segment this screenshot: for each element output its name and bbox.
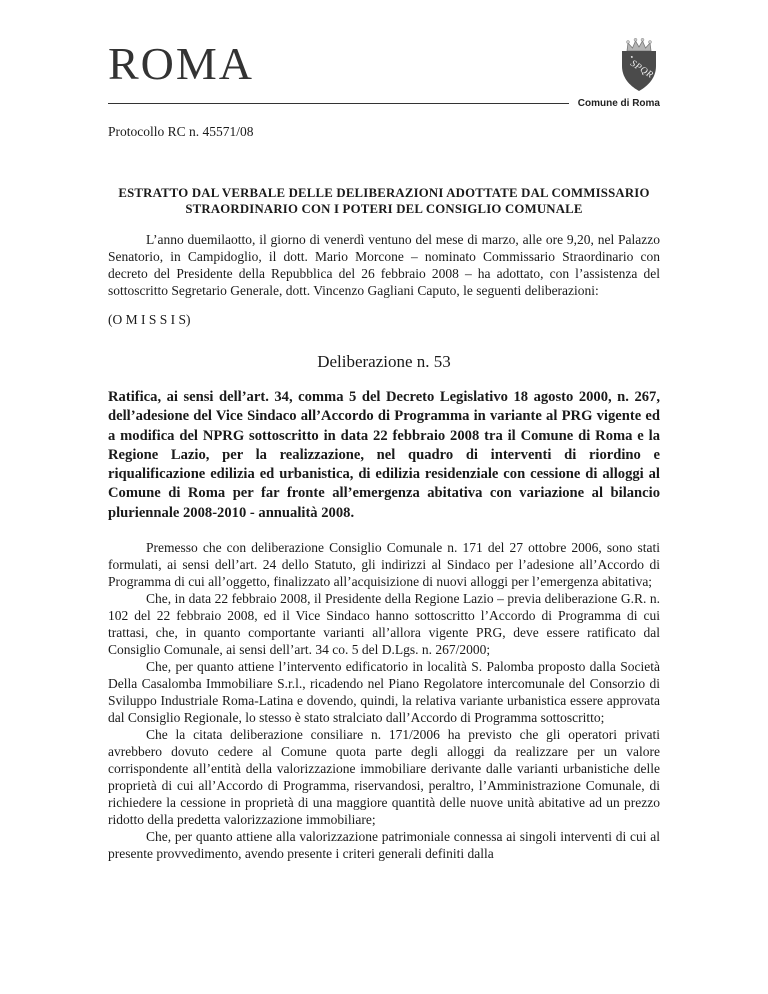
comune-di-roma-emblem: SPQR <box>614 36 664 92</box>
document-page: ROMA SPQR <box>0 0 768 994</box>
document-body: ESTRATTO DAL VERBALE DELLE DELIBERAZIONI… <box>108 186 660 862</box>
intro-paragraph: L’anno duemilaotto, il giorno di venerdì… <box>108 231 660 299</box>
deliberation-number: Deliberazione n. 53 <box>108 352 660 372</box>
body-paragraph: Che la citata deliberazione consiliare n… <box>108 726 660 828</box>
crown-shape <box>627 41 651 51</box>
header-divider <box>108 103 569 104</box>
spqr-shield-icon: SPQR <box>614 36 664 92</box>
deliberation-subject: Ratifica, ai sensi dell’art. 34, comma 5… <box>108 388 660 523</box>
header-rule-row: Comune di Roma <box>108 98 660 109</box>
body-paragraph: Che, per quanto attiene alla valorizzazi… <box>108 828 660 862</box>
roma-logo: ROMA <box>108 40 660 88</box>
omissis-marker: (O M I S S I S) <box>108 311 660 328</box>
body-paragraph: Che, in data 22 febbraio 2008, il Presid… <box>108 590 660 658</box>
body-paragraph: Premesso che con deliberazione Consiglio… <box>108 539 660 590</box>
document-header: ROMA SPQR <box>108 40 660 140</box>
protocol-number: Protocollo RC n. 45571/08 <box>108 124 660 140</box>
document-heading: ESTRATTO DAL VERBALE DELLE DELIBERAZIONI… <box>108 186 660 217</box>
body-paragraph: Che, per quanto attiene l’intervento edi… <box>108 658 660 726</box>
comune-di-roma-label: Comune di Roma <box>578 98 660 109</box>
